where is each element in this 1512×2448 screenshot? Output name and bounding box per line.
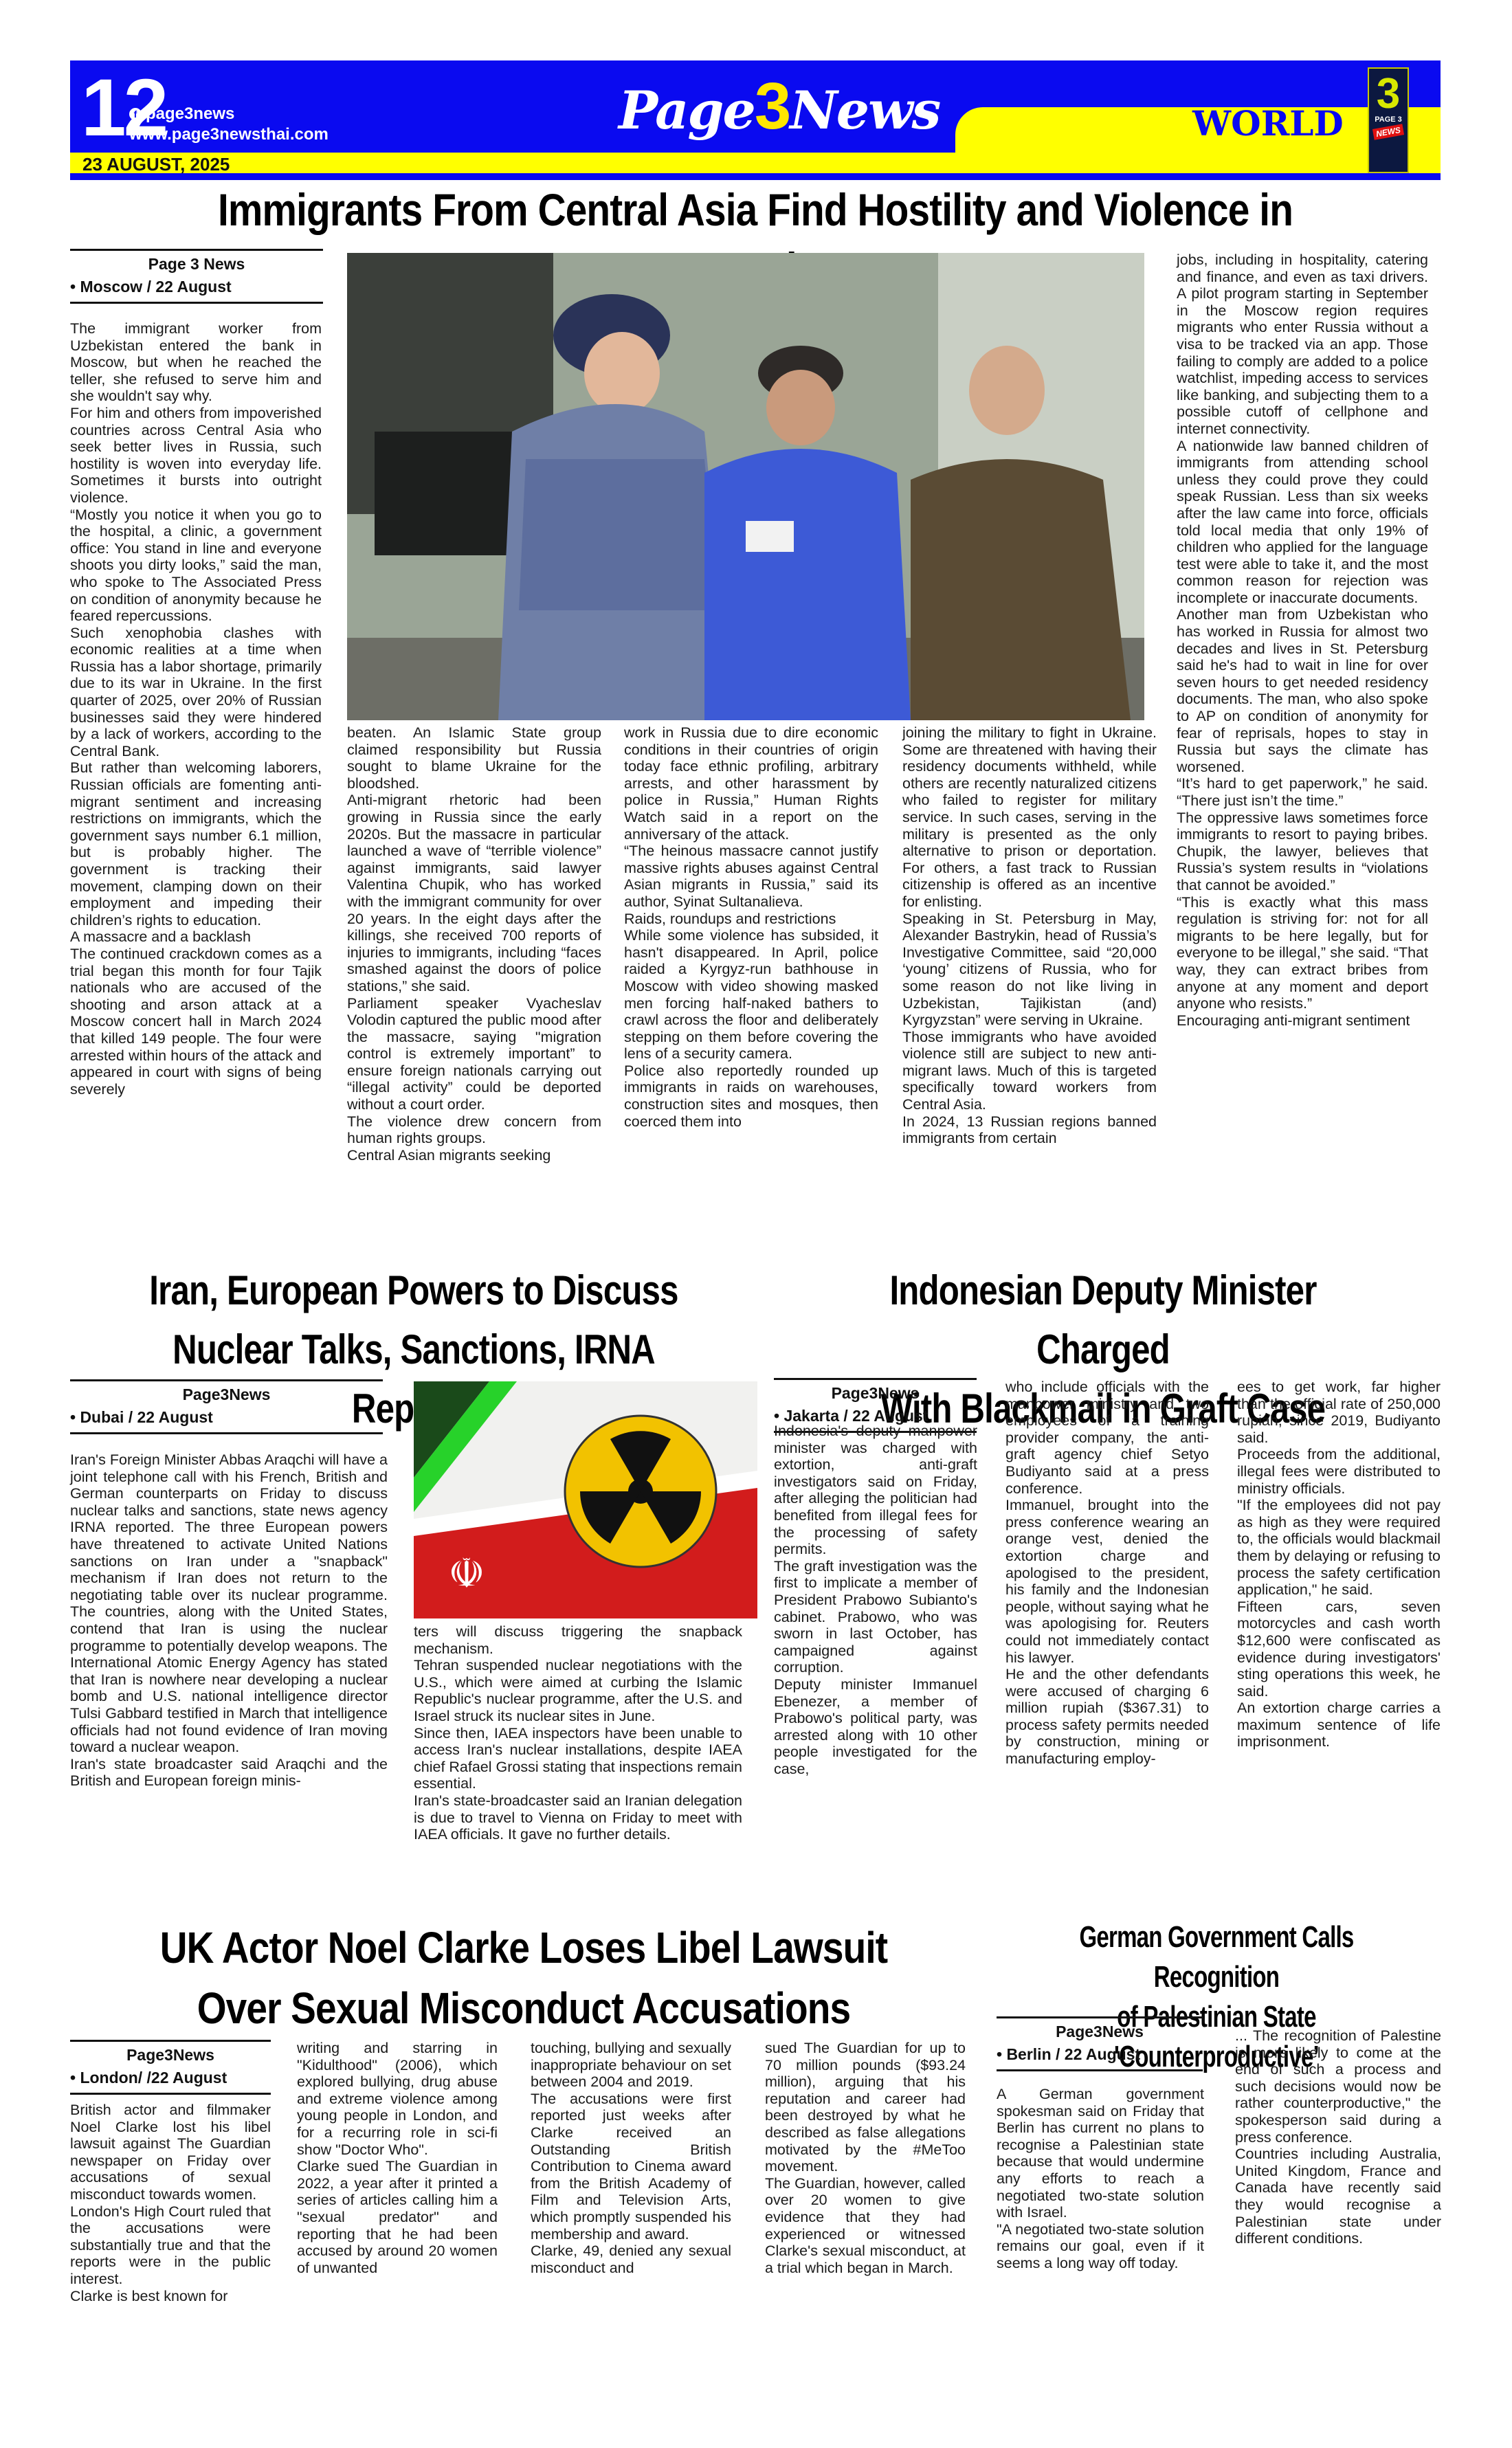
paragraph: Fifteen cars, seven motorcycles and cash…	[1237, 1599, 1441, 1700]
byline-russia: Page 3 News • Moscow / 22 August	[70, 249, 323, 304]
badge-text: PAGE 3	[1375, 115, 1402, 124]
paragraph: “Mostly you notice it when you go to the…	[70, 507, 322, 625]
paragraph: For him and others from impoverished cou…	[70, 405, 322, 507]
clarke-column-3: touching, bullying and sexually inapprop…	[531, 2040, 731, 2276]
paragraph: Speaking in St. Petersburg in May, Alexa…	[902, 911, 1157, 1029]
byline-source: Page 3 News	[70, 255, 323, 274]
badge-number: 3	[1377, 73, 1400, 115]
paragraph: British actor and filmmaker Noel Clarke …	[70, 2102, 271, 2203]
byline-iran: Page3News • Dubai / 22 August	[70, 1379, 383, 1434]
russia-column-1: The immigrant worker from Uzbekistan ent…	[70, 320, 322, 1098]
paragraph: Iran's state-broadcaster said an Iranian…	[414, 1792, 742, 1843]
paragraph: The oppressive laws sometimes force immi…	[1177, 810, 1428, 894]
headline-line: UK Actor Noel Clarke Loses Libel Lawsuit	[133, 1917, 913, 1978]
paragraph: beaten. An Islamic State group claimed r…	[347, 724, 601, 792]
iran-photo: ☫	[414, 1381, 757, 1618]
paragraph: “This is exactly what this mass regulati…	[1177, 894, 1428, 1012]
paragraph: Deputy minister Immanuel Ebenezer, a mem…	[774, 1676, 977, 1778]
paragraph: ees to get work, far higher than the off…	[1237, 1379, 1441, 1446]
facebook-icon: f	[129, 108, 142, 120]
indonesia-column-3: ees to get work, far higher than the off…	[1237, 1379, 1441, 1750]
paragraph: work in Russia due to dire economic cond…	[624, 724, 878, 843]
paragraph: The continued crackdown comes as a trial…	[70, 946, 322, 1098]
logo-text-news: News	[790, 80, 940, 141]
clarke-column-1: British actor and filmmaker Noel Clarke …	[70, 2102, 271, 2304]
paragraph: While some violence has subsided, it has…	[624, 927, 878, 1062]
subheading: Raids, roundups and restrictions	[624, 911, 878, 928]
paragraph: Those immigrants who have avoided violen…	[902, 1029, 1157, 1113]
paragraph: Tehran suspended nuclear negotiations wi…	[414, 1657, 742, 1724]
paragraph: “The heinous massacre cannot justify mas…	[624, 843, 878, 910]
paragraph: London's High Court ruled that the accus…	[70, 2203, 271, 2288]
byline-source: Page3News	[774, 1384, 977, 1403]
paragraph: sued The Guardian for up to 70 million p…	[765, 2040, 966, 2175]
paragraph: Anti-migrant rhetoric had been growing i…	[347, 792, 601, 994]
paragraph: Iran's state broadcaster said Araqchi an…	[70, 1756, 388, 1790]
clarke-column-2: writing and starring in "Kidulthood" (20…	[297, 2040, 498, 2276]
logo-number: 3	[755, 69, 790, 143]
paragraph: Countries including Australia, United Ki…	[1235, 2146, 1441, 2247]
paragraph: Parliament speaker Vyacheslav Volodin ca…	[347, 995, 601, 1113]
byline-dateline: • Dubai / 22 August	[70, 1408, 383, 1427]
issue-date: 23 AUGUST, 2025	[82, 154, 230, 175]
paragraph: Since then, IAEA inspectors have been un…	[414, 1725, 742, 1792]
russia-column-5: jobs, including in hospitality, catering…	[1177, 252, 1428, 1029]
clarke-column-4: sued The Guardian for up to 70 million p…	[765, 2040, 966, 2276]
paragraph: The immigrant worker from Uzbekistan ent…	[70, 320, 322, 405]
paragraph: But rather than welcoming laborers, Russ…	[70, 759, 322, 928]
paragraph: A German government spokesman said on Fr…	[997, 2086, 1204, 2221]
germany-column-1: A German government spokesman said on Fr…	[997, 2086, 1204, 2272]
paragraph: joining the military to fight in Ukraine…	[902, 724, 1157, 911]
headline-line: Iran, European Powers to Discuss	[132, 1261, 696, 1320]
paragraph: “It’s hard to get paperwork,” he said. “…	[1177, 775, 1428, 809]
russia-column-3: work in Russia due to dire economic cond…	[624, 724, 878, 1130]
website-link[interactable]: www.page3newsthai.com	[129, 125, 329, 144]
newspaper-logo: Page3News	[619, 69, 940, 144]
paragraph: Proceeds from the additional, illegal fe…	[1237, 1446, 1441, 1497]
paragraph: writing and starring in "Kidulthood" (20…	[297, 2040, 498, 2158]
paragraph: The graft investigation was the first to…	[774, 1558, 977, 1676]
byline-source: Page3News	[70, 1386, 383, 1404]
paragraph: touching, bullying and sexually inapprop…	[531, 2040, 731, 2091]
paragraph: Another man from Uzbekistan who has work…	[1177, 606, 1428, 775]
headline-clarke: UK Actor Noel Clarke Loses Libel Lawsuit…	[133, 1917, 913, 2038]
page3-badge-logo: 3 PAGE 3 NEWS	[1368, 67, 1409, 173]
paragraph: The Guardian, however, called over 20 wo…	[765, 2175, 966, 2277]
byline-germany: Page3News • Berlin / 22 August	[997, 2016, 1203, 2071]
russia-photo	[347, 253, 1144, 720]
section-label: WORLD	[1192, 103, 1344, 144]
paragraph: Iran's Foreign Minister Abbas Araqchi wi…	[70, 1451, 388, 1756]
paragraph: ters will discuss triggering the snapbac…	[414, 1623, 742, 1657]
paragraph: jobs, including in hospitality, catering…	[1177, 252, 1428, 438]
paragraph: Central Asian migrants seeking	[347, 1147, 601, 1164]
byline-dateline: • London/ /22 August	[70, 2069, 271, 2087]
indonesia-column-2: who include officials with the manpower …	[1005, 1379, 1209, 1768]
iran-column-1: Iran's Foreign Minister Abbas Araqchi wi…	[70, 1451, 388, 1790]
russia-column-2: beaten. An Islamic State group claimed r…	[347, 724, 601, 1164]
paragraph: An extortion charge carries a maximum se…	[1237, 1700, 1441, 1750]
paragraph: Clarke is best known for	[70, 2288, 271, 2305]
logo-text-page: Page	[619, 80, 755, 141]
paragraph: ... The recognition of Palestine is more…	[1235, 2027, 1441, 2146]
byline-dateline: • Moscow / 22 August	[70, 278, 323, 296]
headline-line: Over Sexual Misconduct Accusations	[133, 1978, 913, 2038]
masthead-bottom-rule	[70, 173, 1441, 180]
subheading: Encouraging anti-migrant sentiment	[1177, 1012, 1428, 1030]
paragraph: Clarke, 49, denied any sexual misconduct…	[531, 2243, 731, 2276]
paragraph: "If the employees did not pay as high as…	[1237, 1497, 1441, 1599]
soldier-checking-documents-image	[347, 253, 1144, 720]
headline-line: German Government Calls Recognition	[1041, 1917, 1392, 1997]
byline-dateline: • Berlin / 22 August	[997, 2045, 1203, 2064]
paragraph: Immanuel, brought into the press confere…	[1005, 1497, 1209, 1666]
iran-column-2: ters will discuss triggering the snapbac…	[414, 1623, 742, 1843]
facebook-link[interactable]: f page3news	[129, 104, 234, 124]
paragraph: Such xenophobia clashes with economic re…	[70, 625, 322, 760]
paragraph: In 2024, 13 Russian regions banned immig…	[902, 1113, 1157, 1147]
russia-column-4: joining the military to fight in Ukraine…	[902, 724, 1157, 1147]
paragraph: who include officials with the manpower …	[1005, 1379, 1209, 1497]
paragraph: Clarke sued The Guardian in 2022, a year…	[297, 2158, 498, 2276]
paragraph: The violence drew concern from human rig…	[347, 1113, 601, 1147]
iran-flag-radiation-image: ☫	[414, 1381, 757, 1618]
byline-clarke: Page3News • London/ /22 August	[70, 2040, 271, 2095]
headline-line: Indonesian Deputy Minister Charged	[824, 1261, 1382, 1379]
paragraph: A nationwide law banned children of immi…	[1177, 438, 1428, 607]
paragraph: The accusations were first reported just…	[531, 2091, 731, 2243]
indonesia-column-1: Indonesia's deputy manpower minister was…	[774, 1423, 977, 1777]
facebook-handle: page3news	[146, 104, 234, 124]
paragraph: He and the other defendants were accused…	[1005, 1666, 1209, 1768]
paragraph: Indonesia's deputy manpower minister was…	[774, 1423, 977, 1558]
badge-news-tag: NEWS	[1372, 124, 1404, 140]
germany-column-2: ... The recognition of Palestine is more…	[1235, 2027, 1441, 2247]
svg-text:☫: ☫	[448, 1550, 485, 1598]
paragraph: Police also reportedly rounded up immigr…	[624, 1062, 878, 1130]
byline-source: Page3News	[997, 2023, 1203, 2041]
paragraph: "A negotiated two-state solution remains…	[997, 2221, 1204, 2272]
subheading: A massacre and a backlash	[70, 928, 322, 946]
byline-source: Page3News	[70, 2046, 271, 2065]
